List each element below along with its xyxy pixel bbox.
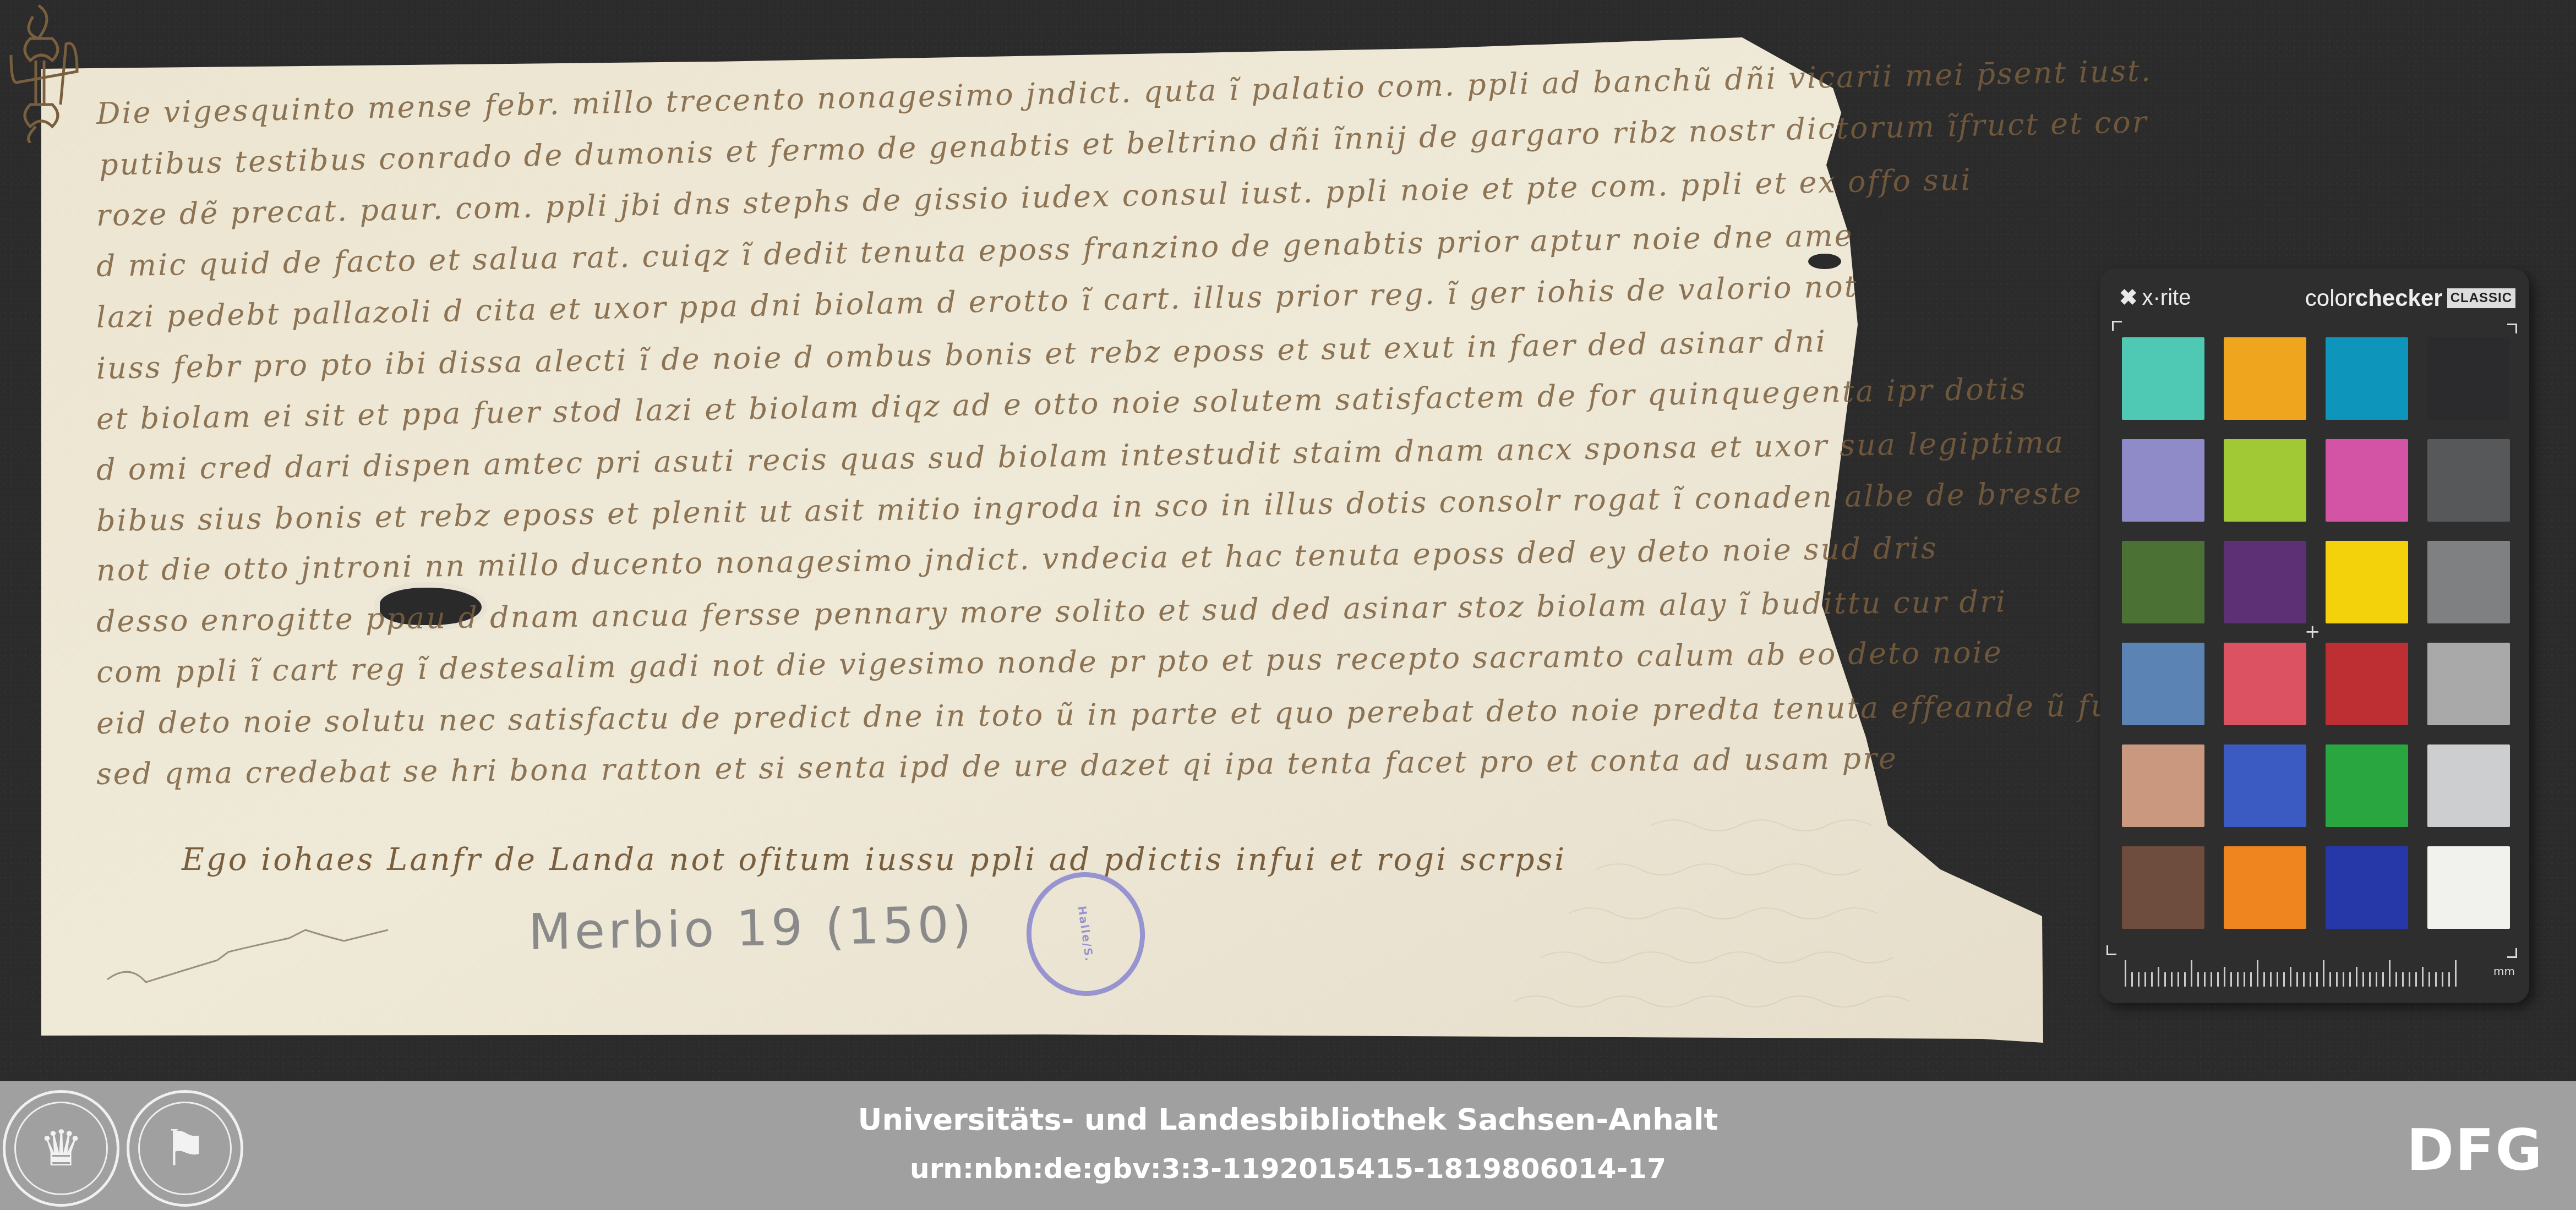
pencil-shelfmark: Merbio 19 (150) — [528, 896, 975, 961]
color-patch-orange-yellow — [2224, 337, 2306, 420]
ruler-tick — [2435, 972, 2437, 987]
ruler-tick — [2316, 972, 2318, 987]
corner-mark-icon — [2507, 324, 2517, 333]
xrite-logo-icon: ✖ — [2119, 285, 2138, 310]
mm-ruler — [2125, 956, 2477, 987]
ruler-tick — [2151, 972, 2153, 987]
urn-identifier: urn:nbn:de:gbv:3:3-1192015415-1819806014… — [0, 1153, 2576, 1185]
color-patch-purple — [2224, 541, 2306, 623]
ruler-tick — [2362, 972, 2364, 987]
color-patch-blue — [2224, 744, 2306, 827]
colorchecker-title: colorchecker CLASSIC — [2305, 285, 2515, 311]
ruler-tick — [2184, 972, 2186, 987]
ruler-tick — [2343, 972, 2344, 987]
ruler-tick — [2125, 960, 2126, 987]
color-patch-red — [2326, 643, 2408, 725]
ruler-tick — [2382, 972, 2384, 987]
ruler-tick — [2191, 960, 2192, 987]
color-patch-dark-skin — [2122, 846, 2204, 929]
institution-name: Universitäts- und Landesbibliothek Sachs… — [0, 1102, 2576, 1137]
ruler-tick — [2250, 972, 2252, 987]
ruler-tick — [2376, 972, 2377, 987]
ruler-tick — [2230, 972, 2232, 987]
title-light: color — [2305, 285, 2355, 311]
ruler-tick — [2369, 972, 2371, 987]
ruler-tick — [2164, 972, 2166, 987]
ruler-tick — [2395, 972, 2397, 987]
color-patch-blue-flower — [2122, 439, 2204, 522]
color-patch-primary-blue — [2326, 846, 2408, 929]
ruler-tick — [2277, 972, 2278, 987]
ruler-tick — [2237, 972, 2239, 987]
ruler-tick — [2448, 972, 2450, 987]
ruler-tick — [2442, 972, 2443, 987]
ruler-tick — [2144, 972, 2146, 987]
color-patch-neutral-6.5 — [2427, 643, 2510, 725]
ruler-tick — [2197, 972, 2199, 987]
ruler-tick — [2224, 967, 2225, 987]
ruler-tick — [2283, 972, 2285, 987]
ruler-tick — [2270, 972, 2272, 987]
color-patch-blue-sky — [2122, 643, 2204, 725]
notary-signum-icon — [0, 0, 88, 143]
corner-mark-icon — [2507, 948, 2517, 958]
title-bold: checker — [2355, 285, 2443, 311]
ruler-tick — [2415, 972, 2417, 987]
color-patch-neutral-5 — [2427, 541, 2510, 623]
color-patch-magenta — [2326, 439, 2408, 522]
ruler-tick — [2217, 972, 2219, 987]
corner-mark-icon — [2106, 945, 2116, 955]
color-patch-black — [2427, 337, 2510, 420]
xrite-label: x·rite — [2142, 286, 2191, 310]
color-patch-white — [2427, 846, 2510, 929]
stamp-center-text: Halle/S. — [1075, 905, 1096, 963]
ruler-tick — [2131, 972, 2133, 987]
ruler-tick — [2422, 967, 2424, 987]
ruler-tick — [2244, 972, 2245, 987]
ruler-tick — [2349, 972, 2351, 987]
xrite-brand: ✖ x·rite — [2119, 285, 2191, 310]
color-patch-yellow — [2326, 541, 2408, 623]
color-patch-yellow-green — [2224, 439, 2306, 522]
notary-signature-line: Ego iohaes Lanfr de Landa not ofitum ius… — [182, 842, 1567, 878]
ruler-tick — [2138, 972, 2140, 987]
ruler-tick — [2409, 972, 2410, 987]
ruler-tick — [2211, 972, 2212, 987]
ruler-tick — [2296, 972, 2298, 987]
ruler-tick — [2336, 972, 2338, 987]
color-patch-moderate-red — [2224, 643, 2306, 725]
footer-banner: ♛ ⚑ Universitäts- und Landesbibliothek S… — [0, 1081, 2576, 1210]
ruler-tick — [2428, 972, 2430, 987]
color-patch-green — [2326, 744, 2408, 827]
color-patch-bluish-green — [2122, 337, 2204, 420]
color-patch-light-skin — [2122, 744, 2204, 827]
ruler-tick — [2310, 972, 2311, 987]
ruler-tick — [2171, 972, 2173, 987]
ruler-tick — [2329, 972, 2331, 987]
ruler-tick — [2177, 972, 2179, 987]
color-patch-foliage — [2122, 541, 2204, 623]
ruler-tick — [2257, 960, 2258, 987]
ruler-tick — [2356, 967, 2357, 987]
dfg-logo-icon: DFG — [2406, 1116, 2544, 1184]
ruler-tick — [2204, 972, 2206, 987]
corner-mark-icon — [2112, 321, 2122, 331]
ruler-tick — [2263, 972, 2265, 987]
ruler-tick — [2455, 960, 2457, 987]
ruler-tick — [2402, 972, 2404, 987]
ruler-tick — [2158, 967, 2159, 987]
color-patch-cyan — [2326, 337, 2408, 420]
ruler-tick — [2303, 972, 2305, 987]
color-patch-orange — [2224, 846, 2306, 929]
crosshair-icon: + — [2305, 621, 2321, 643]
ruler-tick — [2323, 960, 2324, 987]
ruler-tick — [2389, 960, 2391, 987]
classic-badge: CLASSIC — [2447, 288, 2515, 308]
color-checker-card: ✖ x·rite colorchecker CLASSIC + mm — [2100, 269, 2529, 1003]
color-patch-neutral-3.5 — [2427, 439, 2510, 522]
ruler-tick — [2290, 967, 2291, 987]
ruler-unit-label: mm — [2493, 965, 2515, 978]
color-patch-neutral-8 — [2427, 744, 2510, 827]
